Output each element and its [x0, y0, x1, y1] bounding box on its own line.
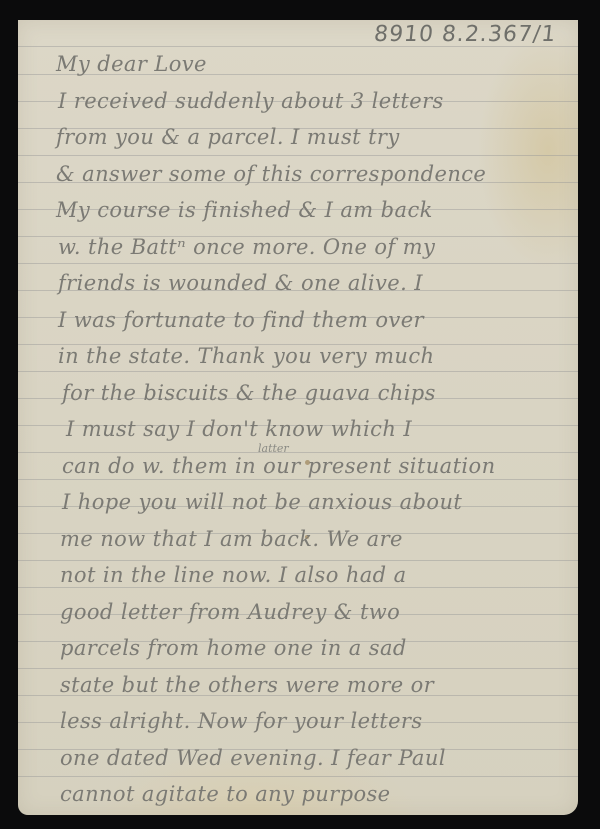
letter-page: 8910 8.2.367/1 My dear Love I received s… — [18, 20, 578, 815]
letter-line: & answer some of this correspondence — [56, 162, 486, 186]
archive-reference-number: 8910 8.2.367/1 — [372, 22, 557, 47]
ruled-line — [18, 263, 578, 264]
letter-line: parcels from home one in a sad — [60, 636, 407, 660]
letter-line: cannot agitate to any purpose — [60, 782, 391, 806]
letter-line: I was fortunate to find them over — [58, 308, 424, 332]
ruled-line — [18, 155, 578, 156]
letter-line: me now that I am back. We are — [60, 527, 403, 551]
letter-line: in the state. Thank you very much — [58, 344, 434, 368]
letter-line: I must say I don't know which I — [66, 417, 412, 441]
ruled-line — [18, 479, 578, 480]
ruled-line — [18, 587, 578, 588]
letter-line: from you & a parcel. I must try — [56, 125, 400, 149]
ruled-line — [18, 668, 578, 669]
letter-line: for the biscuits & the guava chips — [62, 381, 436, 405]
letter-line: can do w. them in our present situation — [62, 454, 496, 478]
letter-line: My course is finished & I am back — [56, 198, 433, 222]
salutation: My dear Love — [56, 52, 207, 76]
ruled-line — [18, 560, 578, 561]
letter-line: one dated Wed evening. I fear Paul — [60, 746, 446, 770]
letter-line: not in the line now. I also had a — [60, 563, 407, 587]
ruled-line — [18, 776, 578, 777]
ruled-line — [18, 371, 578, 372]
letter-line: I received suddenly about 3 letters — [58, 89, 444, 113]
letter-line: I hope you will not be anxious about — [62, 490, 462, 514]
letter-line: friends is wounded & one alive. I — [58, 271, 423, 295]
letter-line: state but the others were more or — [60, 673, 434, 697]
letter-line: less alright. Now for your letters — [60, 709, 423, 733]
interlinear-insertion: latter — [258, 442, 289, 455]
letter-line: good letter from Audrey & two — [60, 600, 400, 624]
letter-line: w. the Battⁿ once more. One of my — [58, 235, 435, 259]
